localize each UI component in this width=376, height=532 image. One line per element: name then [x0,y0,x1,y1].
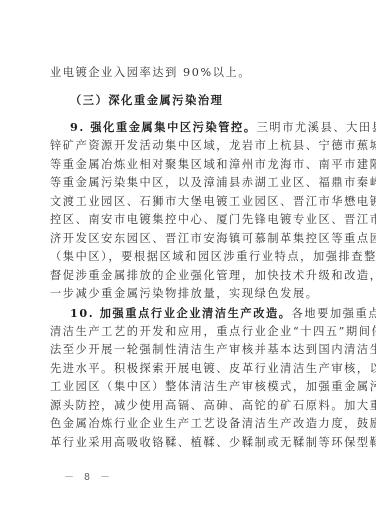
text-line: 色金属冶炼行业企业生产工艺设备清洁生产改造力度，鼓励皮 [50,417,328,431]
text-span: 三明市尤溪县、大田县铅 [257,121,376,134]
text-line: （集中区），要根据区域和园区涉重行业特点，加强排查整治， [50,250,328,264]
text-line: 法至少开展一轮强制性清洁生产审核并基本达到国内清洁生产 [50,343,328,357]
text-line: 文渡工业园区、石狮市大堡电镀工业园区、晋江市华懋电镀集 [50,195,328,209]
paragraph-line-10: 10. 加强重点行业企业清洁生产改造。各地要加强重点行业 [70,306,328,321]
text-line: 等重金属污染集中区，以及漳浦县赤湖工业区、福鼎市秦屿镇 [50,176,328,190]
text-line: 革行业采用高吸收铬鞣、植鞣、少鞣制或无鞣制等环保型鞣制 [50,436,328,450]
paragraph-line-9: 9. 强化重金属集中区污染管控。三明市尤溪县、大田县铅 [70,120,328,135]
text-span: 各地要加强重点行业 [292,307,376,320]
text-line: 源头防控，减少使用高镉、高砷、高铊的矿石原料。加大重有 [50,399,328,413]
document-page: 业电镀企业入园率达到 90%以上。 （三）深化重金属污染治理 9. 强化重金属集… [0,0,376,532]
text-line: 先进水平。积极探索开展电镀、皮革行业清洁生产审核，以及 [50,362,328,376]
page-number: － 8 － [0,468,376,483]
text-line: 锌矿产资源开发活动集中区域，龙岩市上杭县、宁德市蕉城区 [50,139,328,153]
text-line: 控区、南安市电镀集控中心、厦门先锋电镀专业区、晋江市经 [50,213,328,227]
text-line: 济开发区安东园区、晋江市安海镇可慕制革集控区等重点园区 [50,232,328,246]
text-line: 督促涉重金属排放的企业强化管理，加快技术升级和改造，进 [50,269,328,283]
text-line: 等重金属冶炼业相对聚集区域和漳州市龙海市、南平市建阳区 [50,158,328,172]
item-title-10: 10. 加强重点行业企业清洁生产改造。 [70,306,292,320]
text-line: 业电镀企业入园率达到 90%以上。 [50,66,328,80]
item-title-9: 9. 强化重金属集中区污染管控。 [70,120,257,134]
text-line: 一步减少重金属污染物排放量，实现绿色发展。 [50,287,328,301]
text-line: 工业园区（集中区）整体清洁生产审核模式，加强重金属污染 [50,380,328,394]
text-line: 清洁生产工艺的开发和应用，重点行业企业“十四五”期间依 [50,325,328,339]
section-heading: （三）深化重金属污染治理 [70,93,348,107]
